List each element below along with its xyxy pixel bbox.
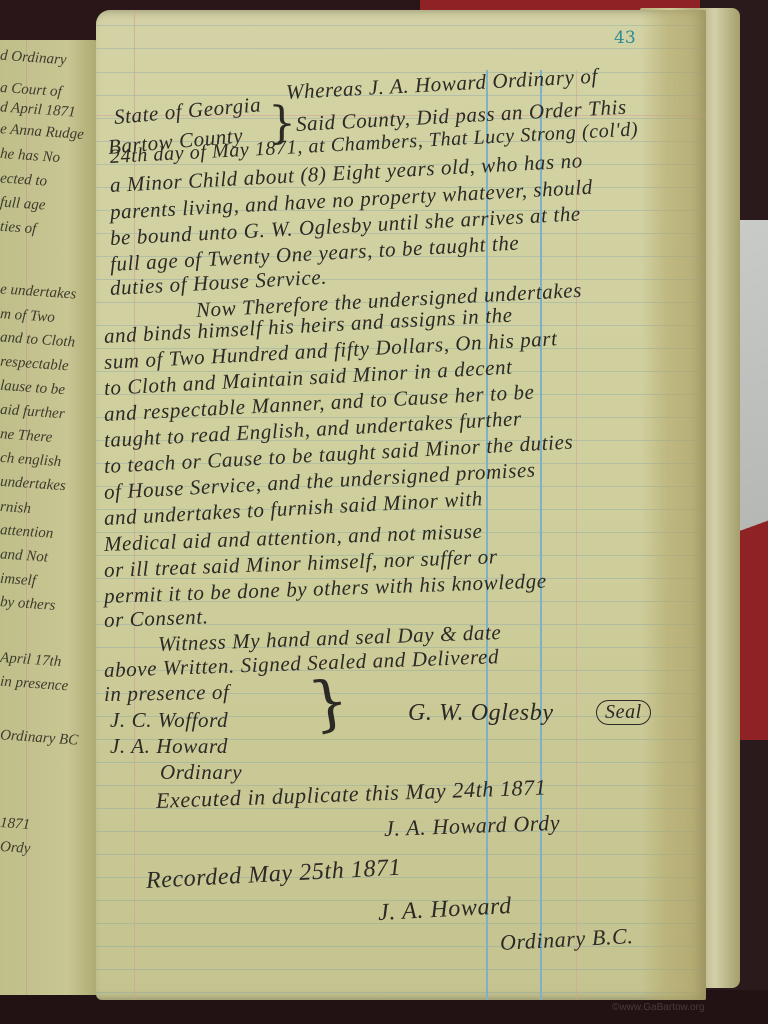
left-fragment: d April 1871 <box>0 99 76 121</box>
left-fragment: Ordy <box>0 839 31 858</box>
left-fragment: rnish <box>0 499 31 518</box>
left-fragment: by others <box>0 594 56 615</box>
left-fragment: d Ordinary <box>0 48 67 70</box>
witness-name: J. A. Howard <box>110 734 228 759</box>
body-line: or Consent. <box>104 604 209 633</box>
left-fragment: April 17th <box>0 650 62 671</box>
right-page: 43 State of Georgia Bartow County } Wher… <box>96 10 706 1000</box>
left-fragment: undertakes <box>0 474 66 496</box>
left-fragment: respectable <box>0 354 69 376</box>
signature-oglesby: G. W. Oglesby <box>408 700 554 727</box>
left-fragment: in presence <box>0 674 69 696</box>
left-fragment: Ordinary BC <box>0 727 79 749</box>
left-fragment: and Not <box>0 546 48 566</box>
left-fragment: ected to <box>0 170 48 190</box>
page-edge-shade <box>641 10 706 1000</box>
left-fragment: ne There <box>0 426 53 447</box>
left-fragment: imself <box>0 571 36 590</box>
witness-title: Ordinary <box>160 760 242 785</box>
left-fragment: attention <box>0 522 54 543</box>
left-fragment: e Anna Rudge <box>0 121 84 144</box>
seal-label: Seal <box>605 701 642 723</box>
watermark: ©www.GaBartow.org <box>612 1002 704 1013</box>
left-fragment: 1871 <box>0 815 31 834</box>
body-line: in presence of <box>104 680 230 707</box>
left-fragment: lause to be <box>0 378 66 399</box>
left-fragment: he has No <box>0 146 61 167</box>
left-fragment: and to Cloth <box>0 329 76 351</box>
left-fragment: aid further <box>0 402 65 423</box>
witness-name: J. C. Wofford <box>110 708 228 733</box>
seal-scroll: Seal <box>596 700 651 725</box>
page-number: 43 <box>614 28 636 48</box>
left-fragment: full age <box>0 194 46 214</box>
left-fragment: ch english <box>0 450 62 471</box>
left-fragment: a Court of <box>0 80 62 101</box>
left-fragment: ties of <box>0 219 37 238</box>
left-fragment: m of Two <box>0 306 55 327</box>
left-fragment: e undertakes <box>0 281 77 303</box>
